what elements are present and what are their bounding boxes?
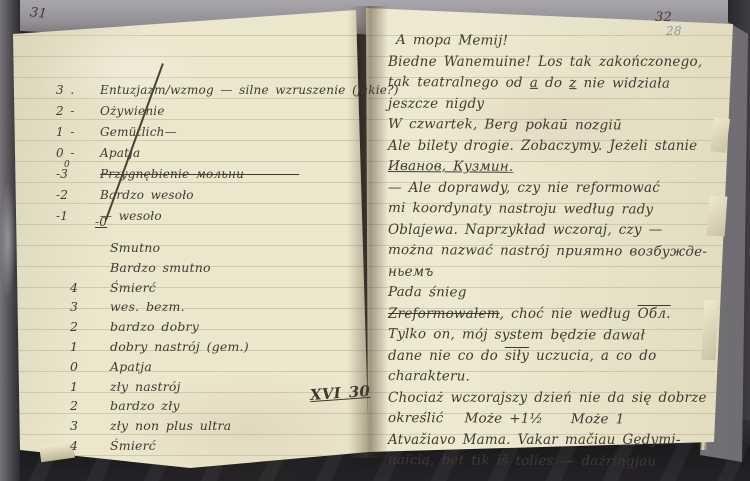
mood-scale-new-list: SmutnoBardzo smutno4Śmierć3wes. bezm.2ba…: [70, 240, 249, 458]
right-page-number-ink: 32: [655, 10, 672, 25]
handwriting-line: Иванов, Кузмин.: [388, 158, 728, 181]
handwriting-segment: dane nie co do: [388, 348, 505, 364]
handwriting-segment: uczucia, a co do: [529, 348, 656, 364]
left-page-number: 31: [29, 5, 47, 22]
handwriting-segment: Oblajewa. Naprzykład wczoraj, czy —: [388, 222, 662, 238]
handwriting-line: ньемъ: [388, 264, 728, 285]
handwriting-segment: Chociaż wczorajszy dzień nie da się dobr…: [388, 390, 707, 406]
handwriting-line: charakteru.: [388, 368, 728, 391]
handwriting-segment: Tylko on, mój system będzie dawał: [388, 326, 645, 344]
handwriting-segment: Biedne Wanemuine! Los tak zakończonego,: [388, 54, 702, 70]
handwriting-line: dane nie co do siły uczucia, a co do: [388, 348, 728, 369]
handwriting-segment: A mopa Memij!: [396, 32, 508, 49]
scale-row: 0Apatja: [70, 359, 249, 379]
handwriting-segment: ньемъ: [388, 264, 433, 280]
handwriting-segment: tak teatralnego od: [388, 74, 530, 91]
handwriting-line: A mopa Memij!: [388, 32, 728, 55]
scale-row: 3 .Entuzjazm/wzmog — silne wzruszenie (j…: [56, 83, 399, 104]
handwriting-line: naicią, bet tik iš tolies — dażringjau: [388, 452, 728, 475]
handwriting-segment: a: [530, 75, 538, 91]
handwriting-segment: Обл.: [638, 306, 671, 322]
scale-row: 2bardzo zły: [70, 398, 249, 418]
handwriting-segment: Иванов, Кузмин.: [388, 158, 513, 175]
handwriting-segment: mi koordynaty nastroju według rady: [388, 200, 653, 218]
scale-row-label: zły nastrój: [110, 379, 181, 399]
scale-row-number: [70, 240, 110, 260]
handwriting-segment: można nazwać nastrój приятно возбужде-: [388, 242, 707, 260]
handwriting-line: W czwartek, Berg pokaū nozgiū: [388, 116, 728, 139]
scale-row-label: Apatja: [110, 359, 152, 379]
scale-row: Bardzo smutno: [70, 260, 249, 280]
scale-row: 0 -Apatja: [56, 146, 399, 167]
scale-row-label: Bardzo smutno: [110, 260, 211, 280]
scale-row-number: 2: [70, 398, 110, 418]
handwriting-segment: z: [569, 75, 576, 91]
handwriting-line: Zreformowałem, choć nie według Обл.: [388, 306, 728, 327]
scale-row: 3zły non plus ultra: [70, 418, 249, 438]
scale-row-number: 0: [70, 359, 110, 379]
handwriting-segment: , choć nie według: [500, 306, 638, 322]
handwriting-line: określić Może +1½ Może 1: [388, 410, 728, 433]
handwriting-line: Atvažiavo Mama. Vakar mačiau Gedymi-: [388, 432, 728, 453]
scale-row-number: 3 .: [56, 83, 100, 104]
handwriting-line: Pada śnieg: [388, 284, 728, 307]
handwriting-line: — Ale doprawdy, czy nie reformować: [388, 180, 728, 201]
scale-row-number: 3: [70, 299, 110, 319]
scale-row: 4Śmierć: [70, 438, 249, 458]
handwriting-line: Tylko on, mój system będzie dawał: [388, 326, 728, 349]
scale-row: 3wes. bezm.: [70, 299, 249, 319]
handwriting-line: tak teatralnego od a do z nie widziała: [388, 74, 728, 97]
handwriting-segment: Atvažiavo Mama. Vakar mačiau Gedymi-: [388, 432, 681, 448]
handwriting-line: mi koordynaty nastroju według rady: [388, 200, 728, 223]
scale-row-number: 2 -: [56, 104, 100, 125]
scale-row-number: 1: [70, 379, 110, 399]
scale-row-label: Śmierć: [110, 438, 156, 458]
scale-row: 2 -Ożywienie: [56, 104, 399, 125]
scale-row-number: -1: [56, 209, 100, 230]
scale-row-label: Entuzjazm/wzmog — silne wzruszenie (jaki…: [100, 83, 399, 104]
scale-row-label: Śmierć: [110, 280, 156, 300]
scale-row-label: bardzo zły: [110, 398, 180, 418]
handwriting-segment: określić Może +1½ Może 1: [388, 410, 625, 427]
mood-scale-old-list: 3 .Entuzjazm/wzmog — silne wzruszenie (j…: [56, 83, 399, 230]
handwriting-line: Chociaż wczorajszy dzień nie da się dobr…: [388, 390, 728, 411]
handwriting-line: Oblajewa. Naprzykład wczoraj, czy —: [388, 222, 728, 243]
scale-row-label: Apatja: [100, 146, 140, 167]
handwriting-segment: charakteru.: [388, 368, 470, 385]
scale-row: 1 -Gemütlich—: [56, 125, 399, 146]
scale-row-number: 1: [70, 339, 110, 359]
scale-row-number: 1 -: [56, 125, 100, 146]
scale-row-number: [70, 260, 110, 280]
handwriting-segment: W czwartek, Berg pokaū nozgiū: [388, 116, 622, 133]
scale-row-number: 4: [70, 280, 110, 300]
scale-row-number: -2: [56, 188, 100, 209]
handwriting-segment: Ale bilety drogie. Zobaczymy. Jeżeli sta…: [388, 138, 697, 154]
handwriting-line: jeszcze nigdy: [388, 96, 728, 117]
scale-row-number: -3: [56, 167, 100, 188]
scale-row-label: Ożywienie: [100, 104, 165, 125]
scale-row-number: 3: [70, 418, 110, 438]
handwriting-line: Ale bilety drogie. Zobaczymy. Jeżeli sta…: [388, 138, 728, 159]
notebook-photo: 31 3 .Entuzjazm/wzmog — silne wzruszenie…: [0, 0, 750, 481]
scale-row-number: 4: [70, 438, 110, 458]
margin-small-zero: 0: [64, 160, 70, 170]
handwriting-segment: do: [538, 75, 569, 91]
scale-row-number: 2: [70, 319, 110, 339]
scale-row-label: Smutno: [110, 240, 160, 260]
scale-row: Smutno: [70, 240, 249, 260]
scale-row: 1zły nastrój: [70, 379, 249, 399]
scale-row-label: Przygnębienie мольни ————: [100, 167, 299, 188]
scale-row-label: dobry nastrój (gem.): [110, 339, 249, 359]
scale-row-label: bardzo dobry: [110, 319, 199, 339]
handwriting-segment: Pada śnieg: [388, 284, 467, 300]
scale-row: -2Bardzo wesoło: [56, 188, 399, 209]
handwriting-segment: naicią, bet tik iš tolies — dażringjau: [388, 452, 656, 470]
scale-row: 2bardzo dobry: [70, 319, 249, 339]
handwriting-line: można nazwać nastrój приятно возбужде-: [388, 242, 728, 265]
scale-row-label: wes. bezm.: [110, 299, 185, 319]
handwriting-segment: — Ale doprawdy, czy nie reformować: [388, 180, 660, 196]
scale-row-label: zły non plus ultra: [110, 418, 231, 438]
scale-row: 4Śmierć: [70, 280, 249, 300]
handwriting-segment: jeszcze nigdy: [388, 96, 484, 112]
scale-row: 1dobry nastrój (gem.): [70, 339, 249, 359]
scale-row: -3Przygnębienie мольни ————: [56, 167, 399, 188]
handwriting-segment: siły: [505, 348, 529, 364]
scale-row-number: 0 -: [56, 146, 100, 167]
handwriting-line: Biedne Wanemuine! Los tak zakończonego,: [388, 54, 728, 75]
handwriting-segment: Zreformowałem: [388, 306, 500, 322]
diary-entry-text: A mopa Memij!Biedne Wanemuine! Los tak z…: [388, 33, 728, 474]
handwriting-segment: nie widziała: [576, 75, 670, 92]
